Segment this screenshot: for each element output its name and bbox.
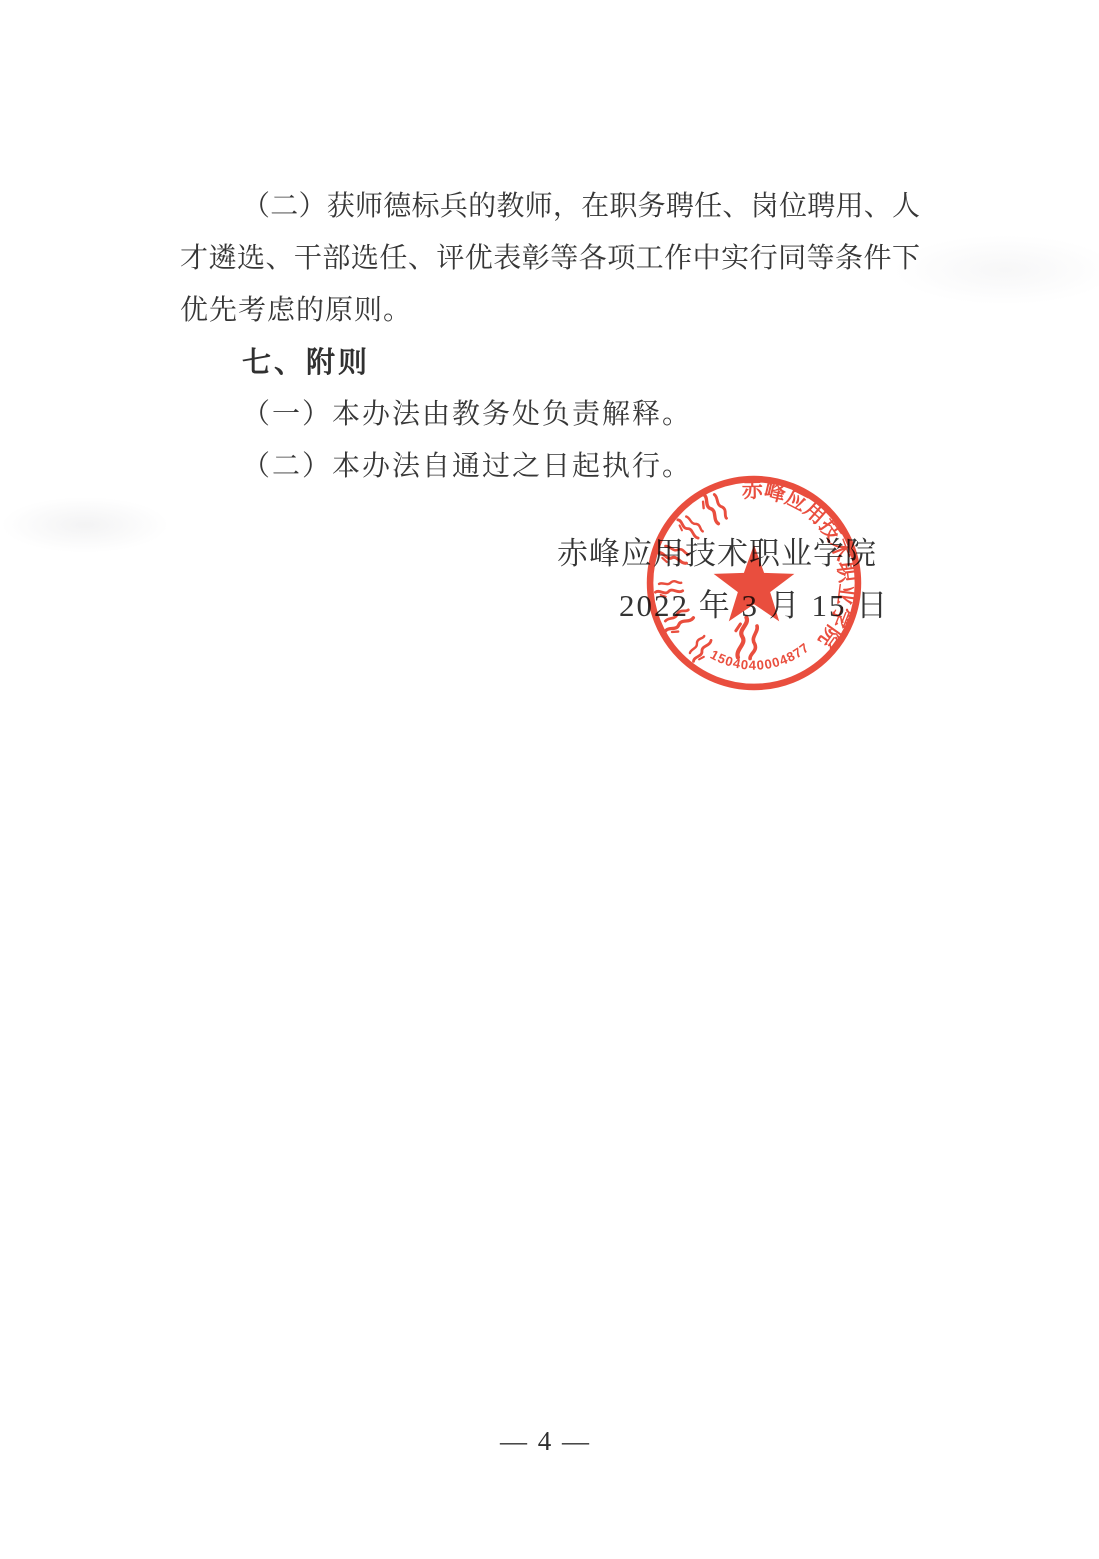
body-text-block: （二）获师德标兵的教师，在职务聘任、岗位聘用、人 才遴选、干部选任、评优表彰等各… (180, 181, 920, 493)
list-item: （一）本办法由教务处负责解释。 (180, 389, 920, 441)
official-seal: 赤峰应用技术职业学院 1504040004877 (643, 471, 865, 695)
seal-registration-number: 1504040004877 (708, 640, 812, 673)
seal-star-icon (714, 545, 795, 622)
page-number: — 4 — (0, 1426, 1091, 1457)
paragraph-line: 才遴选、干部选任、评优表彰等各项工作中实行同等条件下 (180, 233, 920, 285)
section-heading: 七、附则 (180, 337, 920, 389)
official-seal-graphic: 赤峰应用技术职业学院 1504040004877 (643, 471, 865, 695)
paragraph-line: 优先考虑的原则。 (180, 285, 920, 337)
paragraph-line: （二）获师德标兵的教师，在职务聘任、岗位聘用、人 (180, 181, 920, 233)
document-page: （二）获师德标兵的教师，在职务聘任、岗位聘用、人 才遴选、干部选任、评优表彰等各… (0, 0, 1099, 1559)
